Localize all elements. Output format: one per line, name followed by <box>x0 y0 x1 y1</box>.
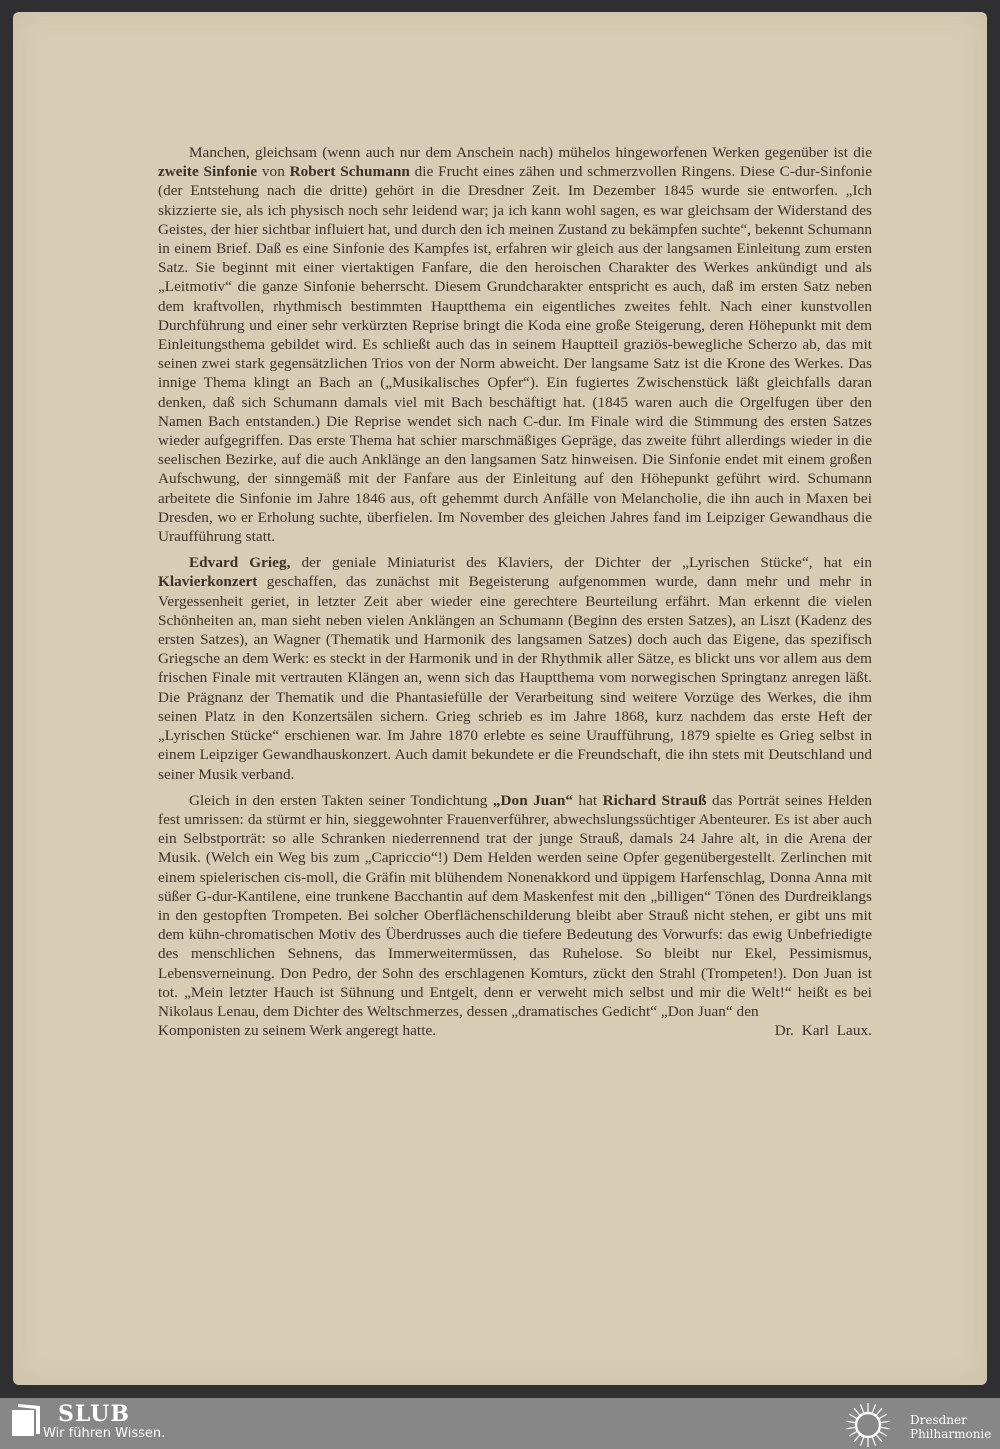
sunburst-ring-icon <box>842 1402 894 1449</box>
slub-name: SLUB <box>58 1402 165 1426</box>
bold-composer-name: Robert Schumann <box>290 163 410 180</box>
slub-tagline: Wir führen Wissen. <box>43 1426 165 1442</box>
last-line-text: Komponisten zu seinem Werk angeregt hatt… <box>158 1021 436 1040</box>
bold-composer-name: Edvard Grieg, <box>189 554 290 571</box>
philharmonie-line2: Philharmonie <box>910 1427 991 1441</box>
footer-bar: SLUB Wir führen Wissen. Dresdner Philhar… <box>0 1398 1000 1449</box>
paragraph-grieg: Edvard Grieg, der geniale Miniaturist de… <box>158 553 872 783</box>
article-text: Manchen, gleichsam (wenn auch nur dem An… <box>158 143 872 1040</box>
bold-composer-name: Richard Strauß <box>603 792 707 809</box>
text-segment: Gleich in den ersten Takten seiner Tondi… <box>189 792 493 809</box>
text-segment: Manchen, gleichsam (wenn auch nur dem An… <box>189 144 872 161</box>
closing-line: Komponisten zu seinem Werk angeregt hatt… <box>158 1021 872 1040</box>
text-segment: das Porträt seines Helden fest umrissen:… <box>158 792 872 1020</box>
scanned-page: Manchen, gleichsam (wenn auch nur dem An… <box>13 12 987 1385</box>
text-segment: der geniale Miniaturist des Klaviers, de… <box>290 554 872 571</box>
dresdner-philharmonie-logo[interactable]: Dresdner Philharmonie <box>842 1402 991 1449</box>
book-icon <box>12 1404 42 1436</box>
text-segment: hat <box>573 792 603 809</box>
bold-work-title: Klavierkonzert <box>158 573 257 590</box>
bold-work-title: zweite Sinfonie <box>158 163 257 180</box>
slub-logo[interactable]: SLUB Wir führen Wissen. <box>12 1402 165 1442</box>
text-segment: geschaffen, das zunächst mit Begeisterun… <box>158 573 872 782</box>
paragraph-schumann: Manchen, gleichsam (wenn auch nur dem An… <box>158 143 872 546</box>
bold-work-title: „Don Juan“ <box>493 792 573 809</box>
text-segment: die Frucht eines zähen und schmerzvollen… <box>158 163 872 545</box>
philharmonie-line1: Dresdner <box>910 1413 991 1427</box>
paragraph-strauss: Gleich in den ersten Takten seiner Tondi… <box>158 791 872 1021</box>
author-signature: Dr. Karl Laux. <box>775 1021 872 1040</box>
text-segment: von <box>257 163 290 180</box>
